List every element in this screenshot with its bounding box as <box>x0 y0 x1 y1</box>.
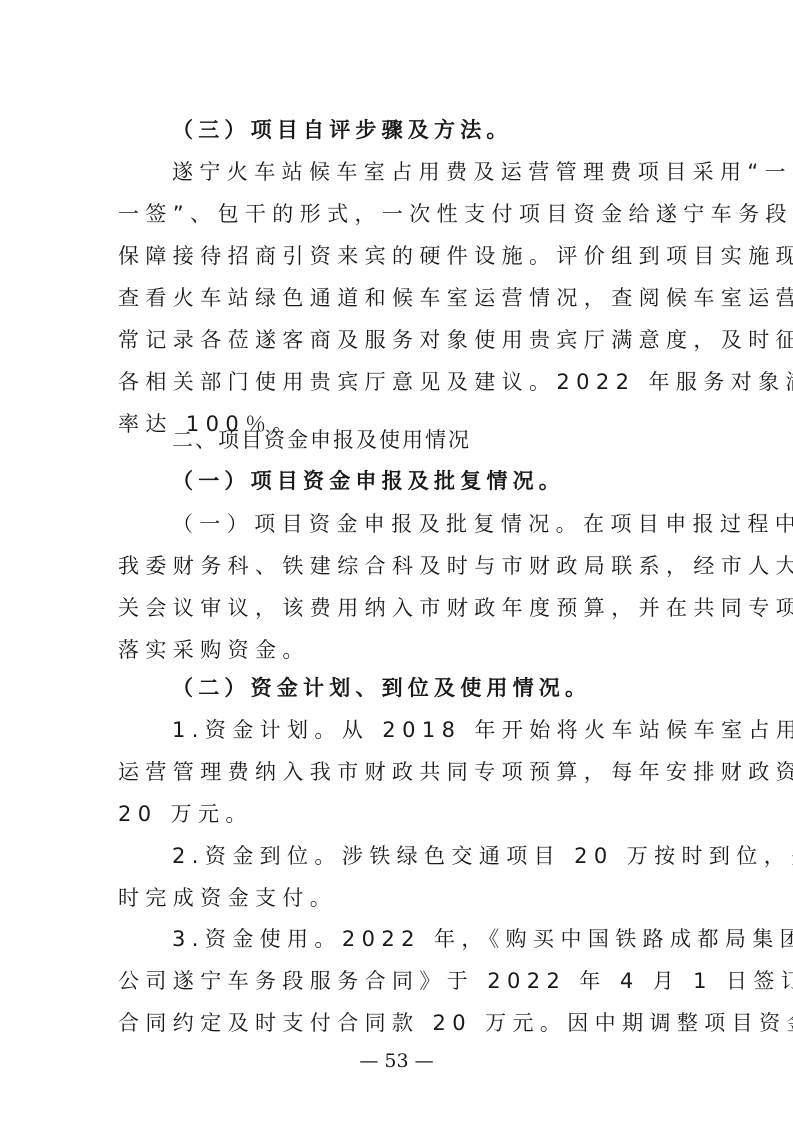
paragraph-line: 各相关部门使用贵宾厅意见及建议。2022 年服务对象满意 <box>118 368 674 396</box>
subsection-heading-declaration-approval: （一）项目资金申报及批复情况。 <box>172 467 728 495</box>
paragraph-line: 我委财务科、铁建综合科及时与市财政局联系，经市人大相 <box>118 552 674 580</box>
paragraph-line: （一）项目资金申报及批复情况。在项目申报过程中， <box>172 510 728 538</box>
section-heading-funding-declaration: 二、项目资金申报及使用情况 <box>172 426 728 454</box>
paragraph-line: 时完成资金支付。 <box>118 884 674 912</box>
paragraph-line: 保障接待招商引资来宾的硬件设施。评价组到项目实施现场 <box>118 242 674 270</box>
paragraph-line: 落实采购资金。 <box>118 636 674 664</box>
subsection-heading-fund-plan: （二）资金计划、到位及使用情况。 <box>172 674 728 702</box>
paragraph-line: 一签”、包干的形式，一次性支付项目资金给遂宁车务段， <box>118 200 674 228</box>
page-number: — 53 — <box>0 1050 793 1072</box>
paragraph-line: 关会议审议，该费用纳入市财政年度预算，并在共同专项中 <box>118 594 674 622</box>
paragraph-line: 1.资金计划。从 2018 年开始将火车站候车室占用费及 <box>172 716 728 744</box>
paragraph-line: 运营管理费纳入我市财政共同专项预算，每年安排财政资金 <box>118 758 674 786</box>
paragraph-line: 合同约定及时支付合同款 20 万元。因中期调整项目资金， <box>118 1009 674 1037</box>
section-heading-self-evaluation-steps: （三）项目自评步骤及方法。 <box>172 116 728 144</box>
paragraph-line: 常记录各莅遂客商及服务对象使用贵宾厅满意度，及时征求 <box>118 326 674 354</box>
paragraph-line: 3.资金使用。2022 年，《购买中国铁路成都局集团有限 <box>172 925 728 953</box>
paragraph-line: 遂宁火车站候车室占用费及运营管理费项目采用“一年 <box>172 158 728 186</box>
paragraph-line: 查看火车站绿色通道和候车室运营情况，查阅候车室运营日 <box>118 284 674 312</box>
paragraph-line: 20 万元。 <box>118 800 674 828</box>
paragraph-line: 公司遂宁车务段服务合同》于 2022 年 4 月 1 日签订，并按 <box>118 967 674 995</box>
paragraph-line: 2.资金到位。涉铁绿色交通项目 20 万按时到位，并及 <box>172 842 728 870</box>
document-page: （三）项目自评步骤及方法。 遂宁火车站候车室占用费及运营管理费项目采用“一年 一… <box>0 0 793 1122</box>
